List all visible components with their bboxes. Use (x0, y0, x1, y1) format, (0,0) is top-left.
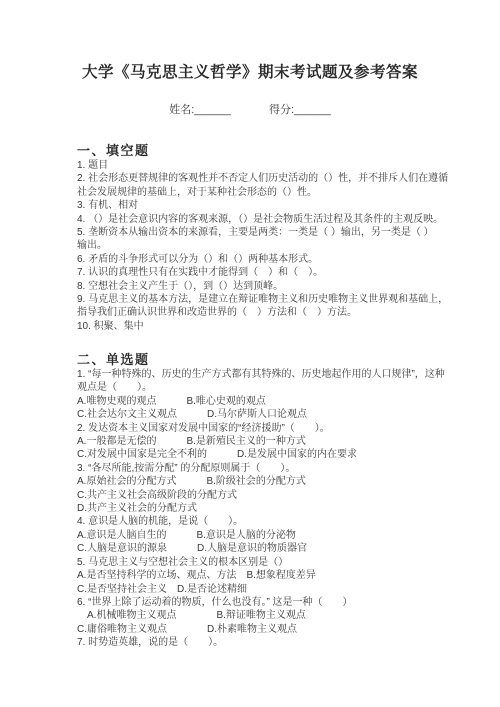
doc-line: 10. 积聚、集中 (77, 320, 477, 333)
doc-line: 9. 马克思主义的基本方法，是建立在辩证唯物主义和历史唯物主义世界观和基础上， … (77, 293, 477, 320)
doc-line: A.是否坚持科学的立场、观点、方法 B.想象程度差异 (77, 569, 477, 582)
name-blank-line: ______ (194, 104, 231, 116)
score-blank-line: ______ (294, 104, 331, 116)
doc-line: 3. 有机、相对 (77, 199, 477, 212)
doc-line: 2. 发达资本主义国家对发展中国家的“经济援助”（ ）。 (77, 422, 477, 435)
doc-line: A.机械唯物主义观点 B.辩证唯物主义观点 (77, 609, 477, 622)
doc-line: C.是否坚持社会主义 D.是否论述精细 (77, 583, 477, 596)
doc-line: 6. 矛盾的斗争形式可以分为（）和（）两种基本形式。 (77, 253, 477, 266)
doc-line: C.人脑是意识的源泉 D.人脑是意识的物质器官 (77, 542, 477, 555)
doc-line: A.原始社会的分配方式 B.阶级社会的分配方式 (77, 475, 477, 488)
doc-line: C.社会达尔文主义观点 D.马尔萨斯人口论观点 (77, 408, 477, 421)
doc-line: 5. 垄断资本从输出资本的来源看，主要是两类：一类是（ ）输出，另一类是（ ） … (77, 226, 477, 253)
exam-document-page: 大学《马克思主义哲学》期末考试题及参考答案 姓名:______得分:______… (0, 0, 500, 707)
score-label: 得分: (269, 104, 294, 116)
doc-line: 6. “世界上除了运动着的物质，什么也没有。” 这是一种（ ） (77, 596, 477, 609)
doc-line: 4. （）是社会意识内容的客观来源，（）是社会物质生活过程及其条件的主观反映。 (77, 213, 477, 226)
doc-line: 7. 认识的真理性只有在实践中才能得到（ ）和（ ）。 (77, 266, 477, 279)
section-heading-fill-in-blanks: 一、填空题 (77, 140, 150, 159)
doc-line: C.对发展中国家是完全不利的 D.是发展中国家的内在要求 (77, 448, 477, 461)
doc-line: C.庸俗唯物主义观点 D.朴素唯物主义观点 (77, 623, 477, 636)
page-title: 大学《马克思主义哲学》期末考试题及参考答案 (0, 60, 500, 82)
doc-line: 1. “每一种特殊的、历史的生产方式都有其特殊的、历史地起作用的人口规律”，这种… (77, 368, 477, 395)
doc-line: 3. “各尽所能,按需分配” 的分配原则属于（ ）。 (77, 462, 477, 475)
doc-line: 1. 题目 (77, 159, 477, 172)
doc-line: 5. 马克思主义与空想社会主义的根本区别是（） (77, 556, 477, 569)
name-score-line: 姓名:______得分:______ (0, 101, 500, 117)
doc-line: D.共产主义社会的分配方式 (77, 502, 477, 515)
doc-line: A.一般都是无偿的 B.是新殖民主义的一种方式 (77, 435, 477, 448)
name-label: 姓名: (169, 104, 194, 116)
doc-line: 4. 意识是人脑的机能，是说（ ）。 (77, 515, 477, 528)
doc-line: 8. 空想社会主义产生于（），到（）达到顶峰。 (77, 280, 477, 293)
doc-line: A.唯物史观的观点 B.唯心史观的观点 (77, 395, 477, 408)
fill-in-blank-items: 1. 题目2. 社会形态更替规律的客观性并不否定人们历史活动的（）性，并不排斥人… (77, 159, 477, 333)
doc-line: A.意识是人脑自生的 B.意识是人脑的分泌物 (77, 529, 477, 542)
section-heading-single-choice: 二、单选题 (77, 349, 150, 368)
single-choice-items: 1. “每一种特殊的、历史的生产方式都有其特殊的、历史地起作用的人口规律”，这种… (77, 368, 477, 650)
doc-line: 2. 社会形态更替规律的客观性并不否定人们历史活动的（）性，并不排斥人们在遵循 … (77, 172, 477, 199)
doc-line: C.共产主义社会高级阶段的分配方式 (77, 489, 477, 502)
doc-line: 7. 时势造英雄，说的是（ ）。 (77, 636, 477, 649)
